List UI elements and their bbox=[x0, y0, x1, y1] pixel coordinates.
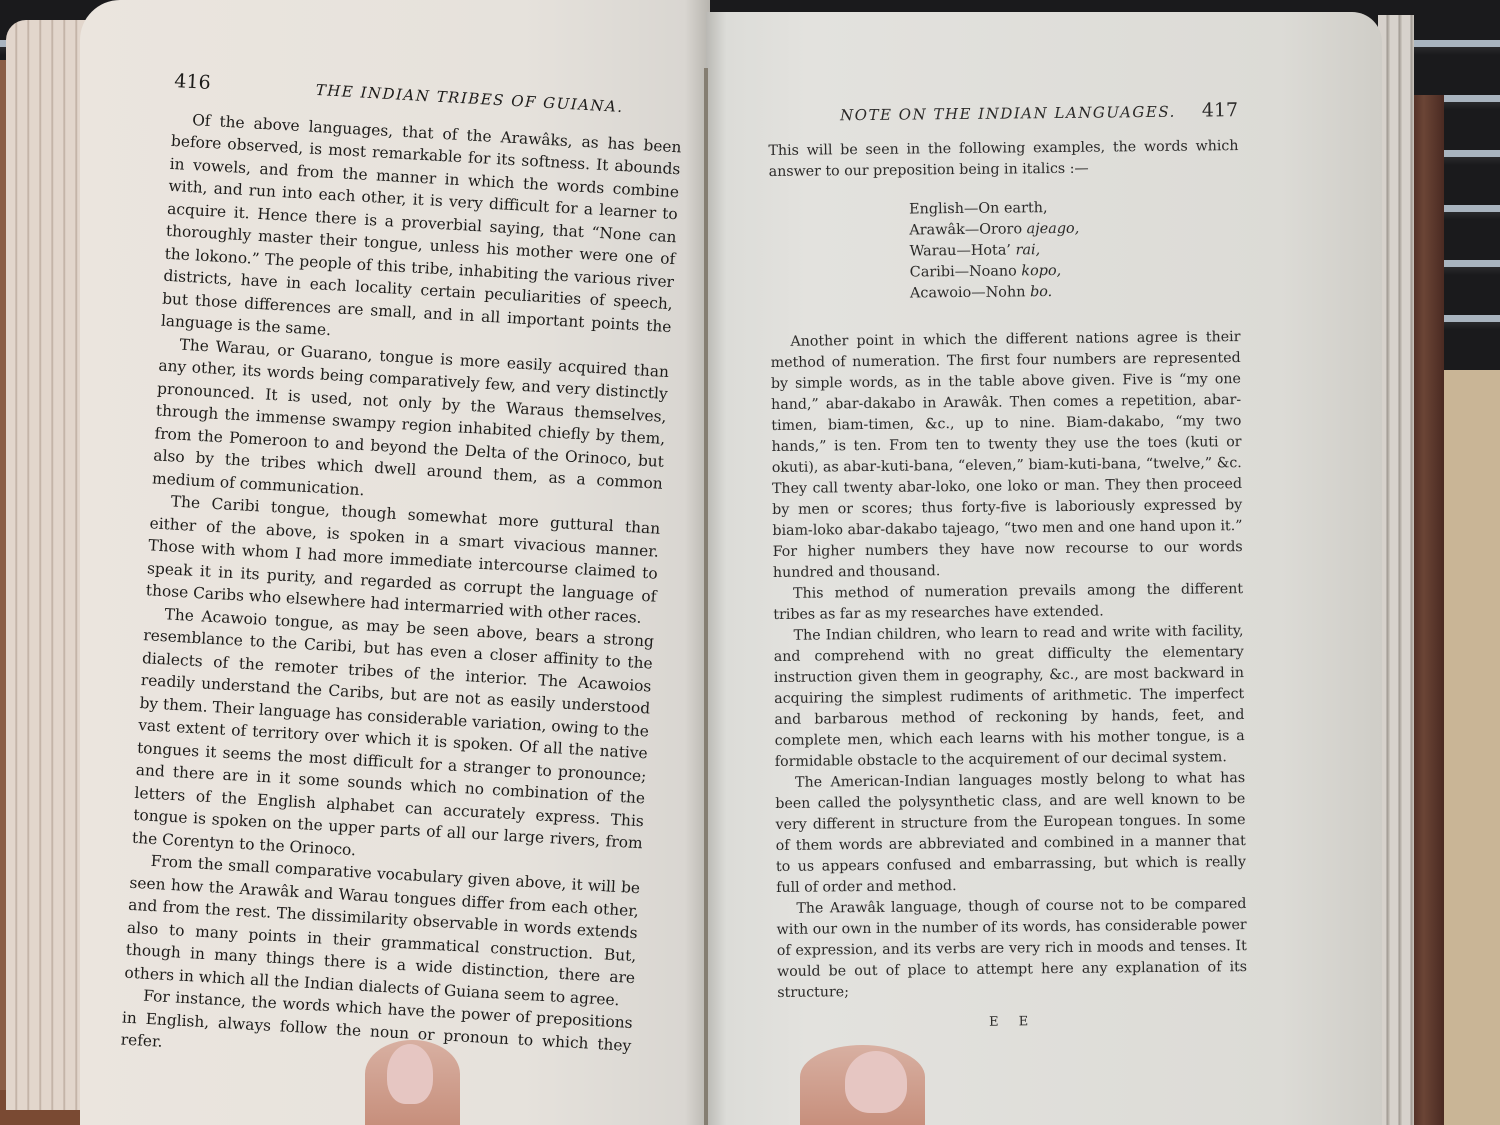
book-cover-right bbox=[1410, 95, 1444, 1125]
left-thumbnail bbox=[387, 1044, 433, 1104]
example-row: Acawoio—Nohn bo. bbox=[910, 280, 1240, 304]
paragraph: The Acawoio tongue, as may be seen above… bbox=[131, 602, 654, 878]
right-thumb bbox=[800, 1045, 925, 1125]
paragraph: The Arawâk language, though of course no… bbox=[776, 894, 1247, 1004]
paragraph: Another point in which the different nat… bbox=[770, 327, 1243, 584]
right-running-head: NOTE ON THE INDIAN LANGUAGES. 417 bbox=[768, 100, 1238, 127]
paragraph: The American-Indian languages mostly bel… bbox=[775, 768, 1246, 899]
book-gutter bbox=[704, 68, 708, 1125]
preposition-examples: English—On earth, Arawâk—Ororo ajeago, W… bbox=[909, 196, 1240, 304]
desk-surface bbox=[1440, 370, 1500, 1125]
left-page-content: 416 THE INDIAN TRIBES OF GUIANA. Of the … bbox=[120, 70, 684, 1079]
left-thumb bbox=[365, 1040, 460, 1125]
right-page-content: NOTE ON THE INDIAN LANGUAGES. 417 This w… bbox=[768, 100, 1248, 1035]
paragraph: The Indian children, who learn to read a… bbox=[773, 621, 1245, 773]
right-thumbnail bbox=[845, 1051, 907, 1113]
page-number-left: 416 bbox=[174, 70, 211, 94]
page-edges-right bbox=[1378, 15, 1414, 1125]
intro-paragraph: This will be seen in the following examp… bbox=[768, 136, 1238, 183]
running-title-right: NOTE ON THE INDIAN LANGUAGES. bbox=[840, 102, 1176, 127]
paragraph: The Warau, or Guarano, tongue is more ea… bbox=[152, 332, 670, 518]
paragraph: This method of numeration prevails among… bbox=[773, 579, 1243, 626]
page-number-right: 417 bbox=[1202, 100, 1238, 121]
paragraph: Of the above languages, that of the Araw… bbox=[160, 107, 682, 360]
